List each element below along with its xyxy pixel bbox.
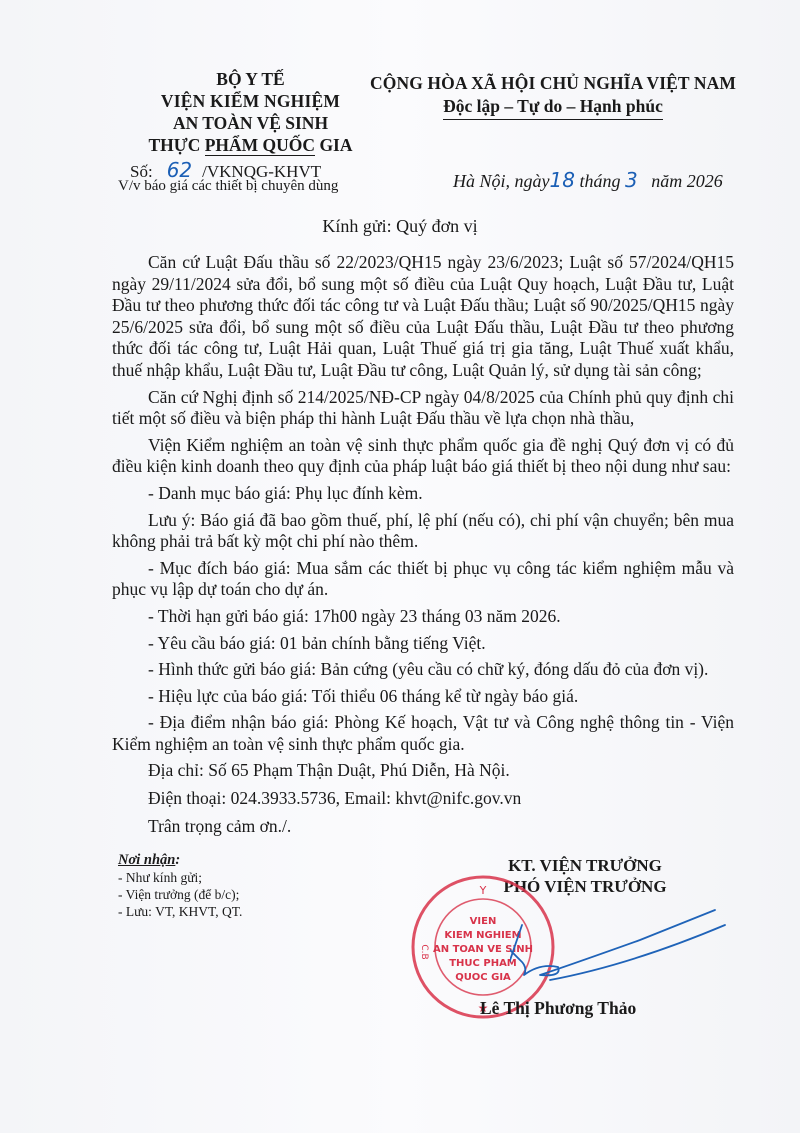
institute-line3-part-c: GIA bbox=[315, 135, 352, 155]
item-validity: - Hiệu lực của báo giá: Tối thiểu 06 thá… bbox=[112, 686, 734, 708]
svg-text:Y: Y bbox=[479, 884, 487, 897]
recipients-title: Nơi nhận: bbox=[118, 852, 242, 869]
svg-text:C.B: C.B bbox=[419, 944, 429, 959]
paragraph-legal-basis-1: Căn cứ Luật Đấu thầu số 22/2023/QH15 ngà… bbox=[112, 252, 734, 382]
date-month-handwritten: 3 bbox=[625, 168, 638, 192]
recipients-title-colon: : bbox=[175, 852, 180, 868]
national-header: CỘNG HÒA XÃ HỘI CHỦ NGHĨA VIỆT NAM Độc l… bbox=[368, 73, 738, 120]
address-line: Địa chỉ: Số 65 Phạm Thận Duật, Phú Diễn,… bbox=[112, 760, 734, 782]
handwritten-signature-icon bbox=[510, 905, 730, 985]
nation-name: CỘNG HÒA XÃ HỘI CHỦ NGHĨA VIỆT NAM bbox=[368, 73, 738, 94]
svg-text:QUOC GIA: QUOC GIA bbox=[455, 972, 511, 983]
svg-text:VIEN: VIEN bbox=[470, 916, 497, 927]
letter-body: Căn cứ Luật Đấu thầu số 22/2023/QH15 ngà… bbox=[112, 252, 734, 843]
paragraph-legal-basis-2: Căn cứ Nghị định số 214/2025/NĐ-CP ngày … bbox=[112, 387, 734, 430]
signer-name: Lê Thị Phương Thảo bbox=[480, 998, 636, 1019]
recipients-block: Nơi nhận: - Như kính gửi; - Viện trưởng … bbox=[118, 852, 242, 920]
item-deadline: - Thời hạn gửi báo giá: 17h00 ngày 23 th… bbox=[112, 606, 734, 628]
institute-line3-part-a: THỰC bbox=[148, 135, 204, 155]
recipient-item: - Như kính gửi; bbox=[118, 869, 242, 886]
issue-date: Hà Nội, ngày18 tháng 3 năm 2026 bbox=[453, 168, 723, 192]
addressee: Kính gửi: Quý đơn vị bbox=[0, 216, 800, 237]
item-submission-form: - Hình thức gửi báo giá: Bản cứng (yêu c… bbox=[112, 659, 734, 681]
institute-line3-underlined: PHẨM QUỐC bbox=[205, 135, 315, 156]
date-month-label: tháng bbox=[579, 171, 620, 191]
paragraph-request: Viện Kiểm nghiệm an toàn vệ sinh thực ph… bbox=[112, 435, 734, 478]
item-requirement: - Yêu cầu báo giá: 01 bản chính bằng tiế… bbox=[112, 633, 734, 655]
recipient-item: - Viện trưởng (để b/c); bbox=[118, 886, 242, 903]
national-motto: Độc lập – Tự do – Hạnh phúc bbox=[443, 96, 663, 120]
recipient-item: - Lưu: VT, KHVT, QT. bbox=[118, 903, 242, 920]
date-day-handwritten: 18 bbox=[550, 168, 575, 192]
issuing-authority: BỘ Y TẾ VIỆN KIỂM NGHIỆM AN TOÀN VỆ SINH… bbox=[108, 68, 393, 156]
contact-text: Điện thoại: 024.3933.5736, Email: khvt@n… bbox=[148, 788, 521, 808]
institute-name-line3: THỰC PHẨM QUỐC GIA bbox=[108, 134, 393, 156]
subject-line: V/v báo giá các thiết bị chuyên dùng bbox=[118, 178, 338, 195]
ministry-name: BỘ Y TẾ bbox=[108, 68, 393, 90]
recipients-title-text: Nơi nhận bbox=[118, 852, 175, 868]
svg-text:THUC PHAM: THUC PHAM bbox=[449, 958, 517, 969]
date-year: năm 2026 bbox=[651, 171, 723, 191]
closing-line: Trân trọng cảm ơn./. bbox=[112, 816, 734, 838]
date-prefix: Hà Nội, ngày bbox=[453, 171, 550, 191]
item-receiving-place: - Địa điểm nhận báo giá: Phòng Kế hoạch,… bbox=[112, 712, 734, 755]
item-quote-list: - Danh mục báo giá: Phụ lục đính kèm. bbox=[112, 483, 734, 505]
institute-name-line2: AN TOÀN VỆ SINH bbox=[108, 112, 393, 134]
institute-name-line1: VIỆN KIỂM NGHIỆM bbox=[108, 90, 393, 112]
document-page: BỘ Y TẾ VIỆN KIỂM NGHIỆM AN TOÀN VỆ SINH… bbox=[0, 0, 800, 1133]
contact-line: Điện thoại: 024.3933.5736, Email: khvt@n… bbox=[112, 788, 734, 810]
item-purpose: - Mục đích báo giá: Mua sắm các thiết bị… bbox=[112, 558, 734, 601]
item-note: Lưu ý: Báo giá đã bao gồm thuế, phí, lệ … bbox=[112, 510, 734, 553]
